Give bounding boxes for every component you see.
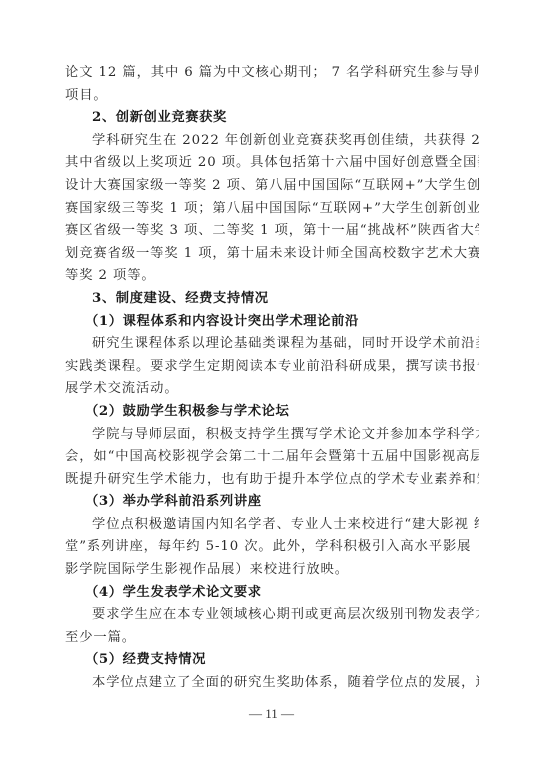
paragraph-line: 堂”系列讲座，每年约 5-10 次。此外，学科积极引入高水平影展（如北京电 (65, 536, 479, 559)
paragraph-line: 本学位点建立了全面的研究生奖助体系，随着学位点的发展，近几年 (65, 672, 479, 695)
paragraph-line: 赛国家级三等奖 1 项；第八届中国国际“互联网+”大学生创新创业大赛陕西 (65, 198, 479, 221)
paragraph-line: 研究生课程体系以理论基础类课程为基础，同时开设学术前沿类、影视 (65, 333, 479, 356)
paragraph-line: 等奖 2 项等。 (65, 265, 479, 288)
document-page: 论文 12 篇，其中 6 篇为中文核心期刊； 7 名学科研究生参与导师 2 项科… (65, 62, 479, 695)
page-number: — 11 — (0, 706, 543, 722)
paragraph-line: 划竞赛省级一等奖 1 项，第十届未来设计师全国高校数字艺术大赛省级二 (65, 243, 479, 266)
subheading-publication-requirements: （4）学生发表学术论文要求 (65, 582, 479, 605)
paragraph-line: 既提升研究生学术能力，也有助于提升本学位点的学术专业素养和知名度。 (65, 469, 479, 492)
paragraph-line: 至少一篇。 (65, 627, 479, 650)
section-heading-system-funding: 3、制度建设、经费支持情况 (65, 288, 479, 311)
subheading-lecture-series: （3）举办学科前沿系列讲座 (65, 491, 479, 514)
subheading-academic-forums: （2）鼓励学生积极参与学术论坛 (65, 401, 479, 424)
paragraph-line: 影学院国际学生影视作品展）来校进行放映。 (65, 559, 479, 582)
paragraph-line: 设计大赛国家级一等奖 2 项、第八届中国国际“互联网+”大学生创新创业大 (65, 175, 479, 198)
paragraph-line: 学位点积极邀请国内知名学者、专业人士来校进行“建大影视 终南·讲 (65, 514, 479, 537)
paragraph-line: 会，如“中国高校影视学会第二十二届年会暨第十五届中国影视高层论坛”， (65, 446, 479, 469)
paragraph-line: 论文 12 篇，其中 6 篇为中文核心期刊； 7 名学科研究生参与导师 2 项科… (65, 62, 479, 85)
paragraph-line: 学科研究生在 2022 年创新创业竞赛获奖再创佳绩，共获得 26 项奖项， (65, 130, 479, 153)
subheading-funding-support: （5）经费支持情况 (65, 649, 479, 672)
paragraph-line: 实践类课程。要求学生定期阅读本专业前沿科研成果，撰写读书报告，开 (65, 356, 479, 379)
section-heading-innovation-awards: 2、创新创业竞赛获奖 (65, 107, 479, 130)
paragraph-line: 赛区省级一等奖 3 项、二等奖 1 项，第十一届“挑战杯”陕西省大学生创业计 (65, 220, 479, 243)
paragraph-line: 项目。 (65, 85, 479, 108)
paragraph-line: 学院与导师层面，积极支持学生撰写学术论文并参加本学科学术研讨 (65, 424, 479, 447)
paragraph-line: 要求学生应在本专业领域核心期刊或更高层次级别刊物发表学术论文 (65, 604, 479, 627)
paragraph-line: 展学术交流活动。 (65, 378, 479, 401)
paragraph-line: 其中省级以上奖项近 20 项。具体包括第十六届中国好创意暨全国数字艺术 (65, 152, 479, 175)
subheading-curriculum: （1）课程体系和内容设计突出学术理论前沿 (65, 311, 479, 334)
